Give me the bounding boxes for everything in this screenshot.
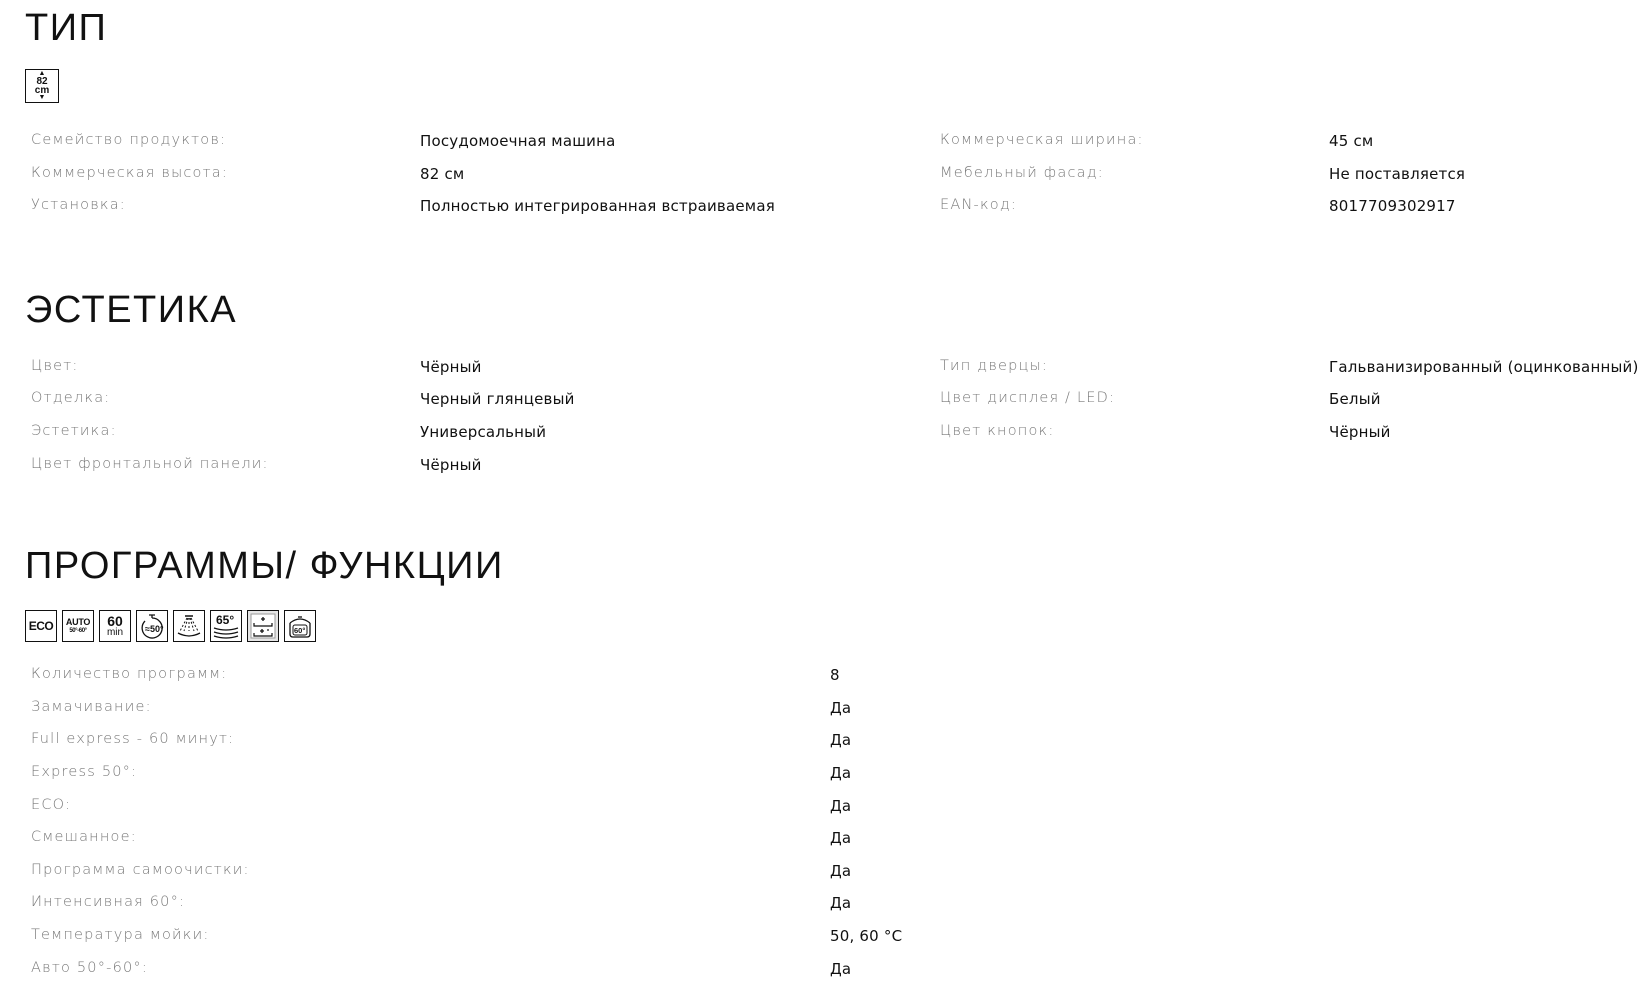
svg-text:60°: 60° (294, 626, 305, 635)
spec-row: Замачивание: Да (0, 699, 1651, 719)
spec-value: 8017709302917 (1329, 197, 1456, 215)
spec-row: Full express - 60 минут: Да (0, 731, 1651, 751)
spec-row: Эстетика: Универсальный Цвет кнопок: Чёр… (0, 423, 1651, 443)
spec-value: Да (830, 862, 851, 880)
spec-row: Интенсивная 60°: Да (0, 894, 1651, 914)
spec-row: Express 50°: Да (0, 764, 1651, 784)
spec-label: Мебельный фасад: (940, 165, 1104, 181)
spec-row: Цвет: Чёрный Тип дверцы: Гальванизирован… (0, 358, 1651, 378)
spec-label: Смешанное: (31, 829, 137, 845)
spec-row: ECO: Да (0, 797, 1651, 817)
spec-row: Отделка: Черный глянцевый Цвет дисплея /… (0, 390, 1651, 410)
spec-value: Не поставляется (1329, 165, 1465, 183)
spec-label: Установка: (31, 197, 126, 213)
spec-row: Температура мойки: 50, 60 °C (0, 927, 1651, 947)
spec-row: Количество программ: 8 (0, 666, 1651, 686)
section-title-aesthetics: ЭСТЕТИКА (25, 291, 237, 329)
express-50-timer-icon: ≈50° (136, 610, 168, 642)
express-60min-icon: 60 min (99, 610, 131, 642)
spec-label: Эстетика: (31, 423, 117, 439)
spec-value: Чёрный (420, 456, 482, 474)
spec-label: Full express - 60 минут: (31, 731, 234, 747)
spec-label: Коммерческая высота: (31, 165, 228, 181)
spec-value: Чёрный (1329, 423, 1391, 441)
svg-text:65°: 65° (216, 613, 234, 627)
spec-label: Отделка: (31, 390, 110, 406)
spec-label: Авто 50°-60°: (31, 960, 148, 976)
spec-value: Чёрный (420, 358, 482, 376)
intensive-65-icon: 65° (210, 610, 242, 642)
spec-row: Программа самоочистки: Да (0, 862, 1651, 882)
spec-label: Замачивание: (31, 699, 152, 715)
spec-value: Да (830, 699, 851, 717)
spec-label: Тип дверцы: (940, 358, 1048, 374)
spec-value: Универсальный (420, 423, 546, 441)
spec-row: Авто 50°-60°: Да (0, 960, 1651, 980)
spec-value: Белый (1329, 390, 1381, 408)
program-icons: ECO AUTO 50°-60° 60 min ≈50° 6 (25, 610, 316, 642)
spec-label: Express 50°: (31, 764, 137, 780)
spec-label: Коммерческая ширина: (940, 132, 1144, 148)
half-load-icon (247, 610, 279, 642)
spec-value: Гальванизированный (оцинкованный) (1329, 358, 1639, 376)
type-icons: ▲ 82 cm ▼ (25, 69, 59, 103)
auto-program-icon: AUTO 50°-60° (62, 610, 94, 642)
spec-value: Да (830, 894, 851, 912)
height-82cm-icon: ▲ 82 cm ▼ (25, 69, 59, 103)
spec-row: Установка: Полностью интегрированная вст… (0, 197, 1651, 217)
spec-row: Коммерческая высота: 82 см Мебельный фас… (0, 165, 1651, 185)
spec-value: 50, 60 °C (830, 927, 902, 945)
spec-row: Цвет фронтальной панели: Чёрный (0, 456, 1651, 476)
spec-label: Программа самоочистки: (31, 862, 250, 878)
pre-wash-spray-icon (173, 610, 205, 642)
spec-label: EAN-код: (940, 197, 1017, 213)
spec-value: Да (830, 797, 851, 815)
spec-label: Семейство продуктов: (31, 132, 226, 148)
spec-label: Цвет фронтальной панели: (31, 456, 269, 472)
eco-program-icon: ECO (25, 610, 57, 642)
spec-value: Черный глянцевый (420, 390, 575, 408)
spec-value: Да (830, 829, 851, 847)
spec-value: 45 см (1329, 132, 1373, 150)
spec-row: Семейство продуктов: Посудомоечная машин… (0, 132, 1651, 152)
spec-label: Цвет: (31, 358, 79, 374)
spec-value: Да (830, 764, 851, 782)
spec-value: 8 (830, 666, 840, 684)
spec-label: Интенсивная 60°: (31, 894, 185, 910)
spec-row: Смешанное: Да (0, 829, 1651, 849)
spec-value: Полностью интегрированная встраиваемая (420, 197, 775, 215)
svg-text:≈50°: ≈50° (145, 624, 164, 634)
pot-60-icon: 60° (284, 610, 316, 642)
section-title-type: ТИП (25, 9, 107, 47)
spec-label: Количество программ: (31, 666, 227, 682)
spec-label: Цвет дисплея / LED: (940, 390, 1115, 406)
section-title-programs: ПРОГРАММЫ/ ФУНКЦИИ (25, 547, 504, 585)
spec-value: Да (830, 731, 851, 749)
spec-value: Да (830, 960, 851, 978)
spec-value: Посудомоечная машина (420, 132, 615, 150)
spec-label: Цвет кнопок: (940, 423, 1054, 439)
spec-label: ECO: (31, 797, 71, 813)
spec-label: Температура мойки: (31, 927, 209, 943)
spec-value: 82 см (420, 165, 464, 183)
